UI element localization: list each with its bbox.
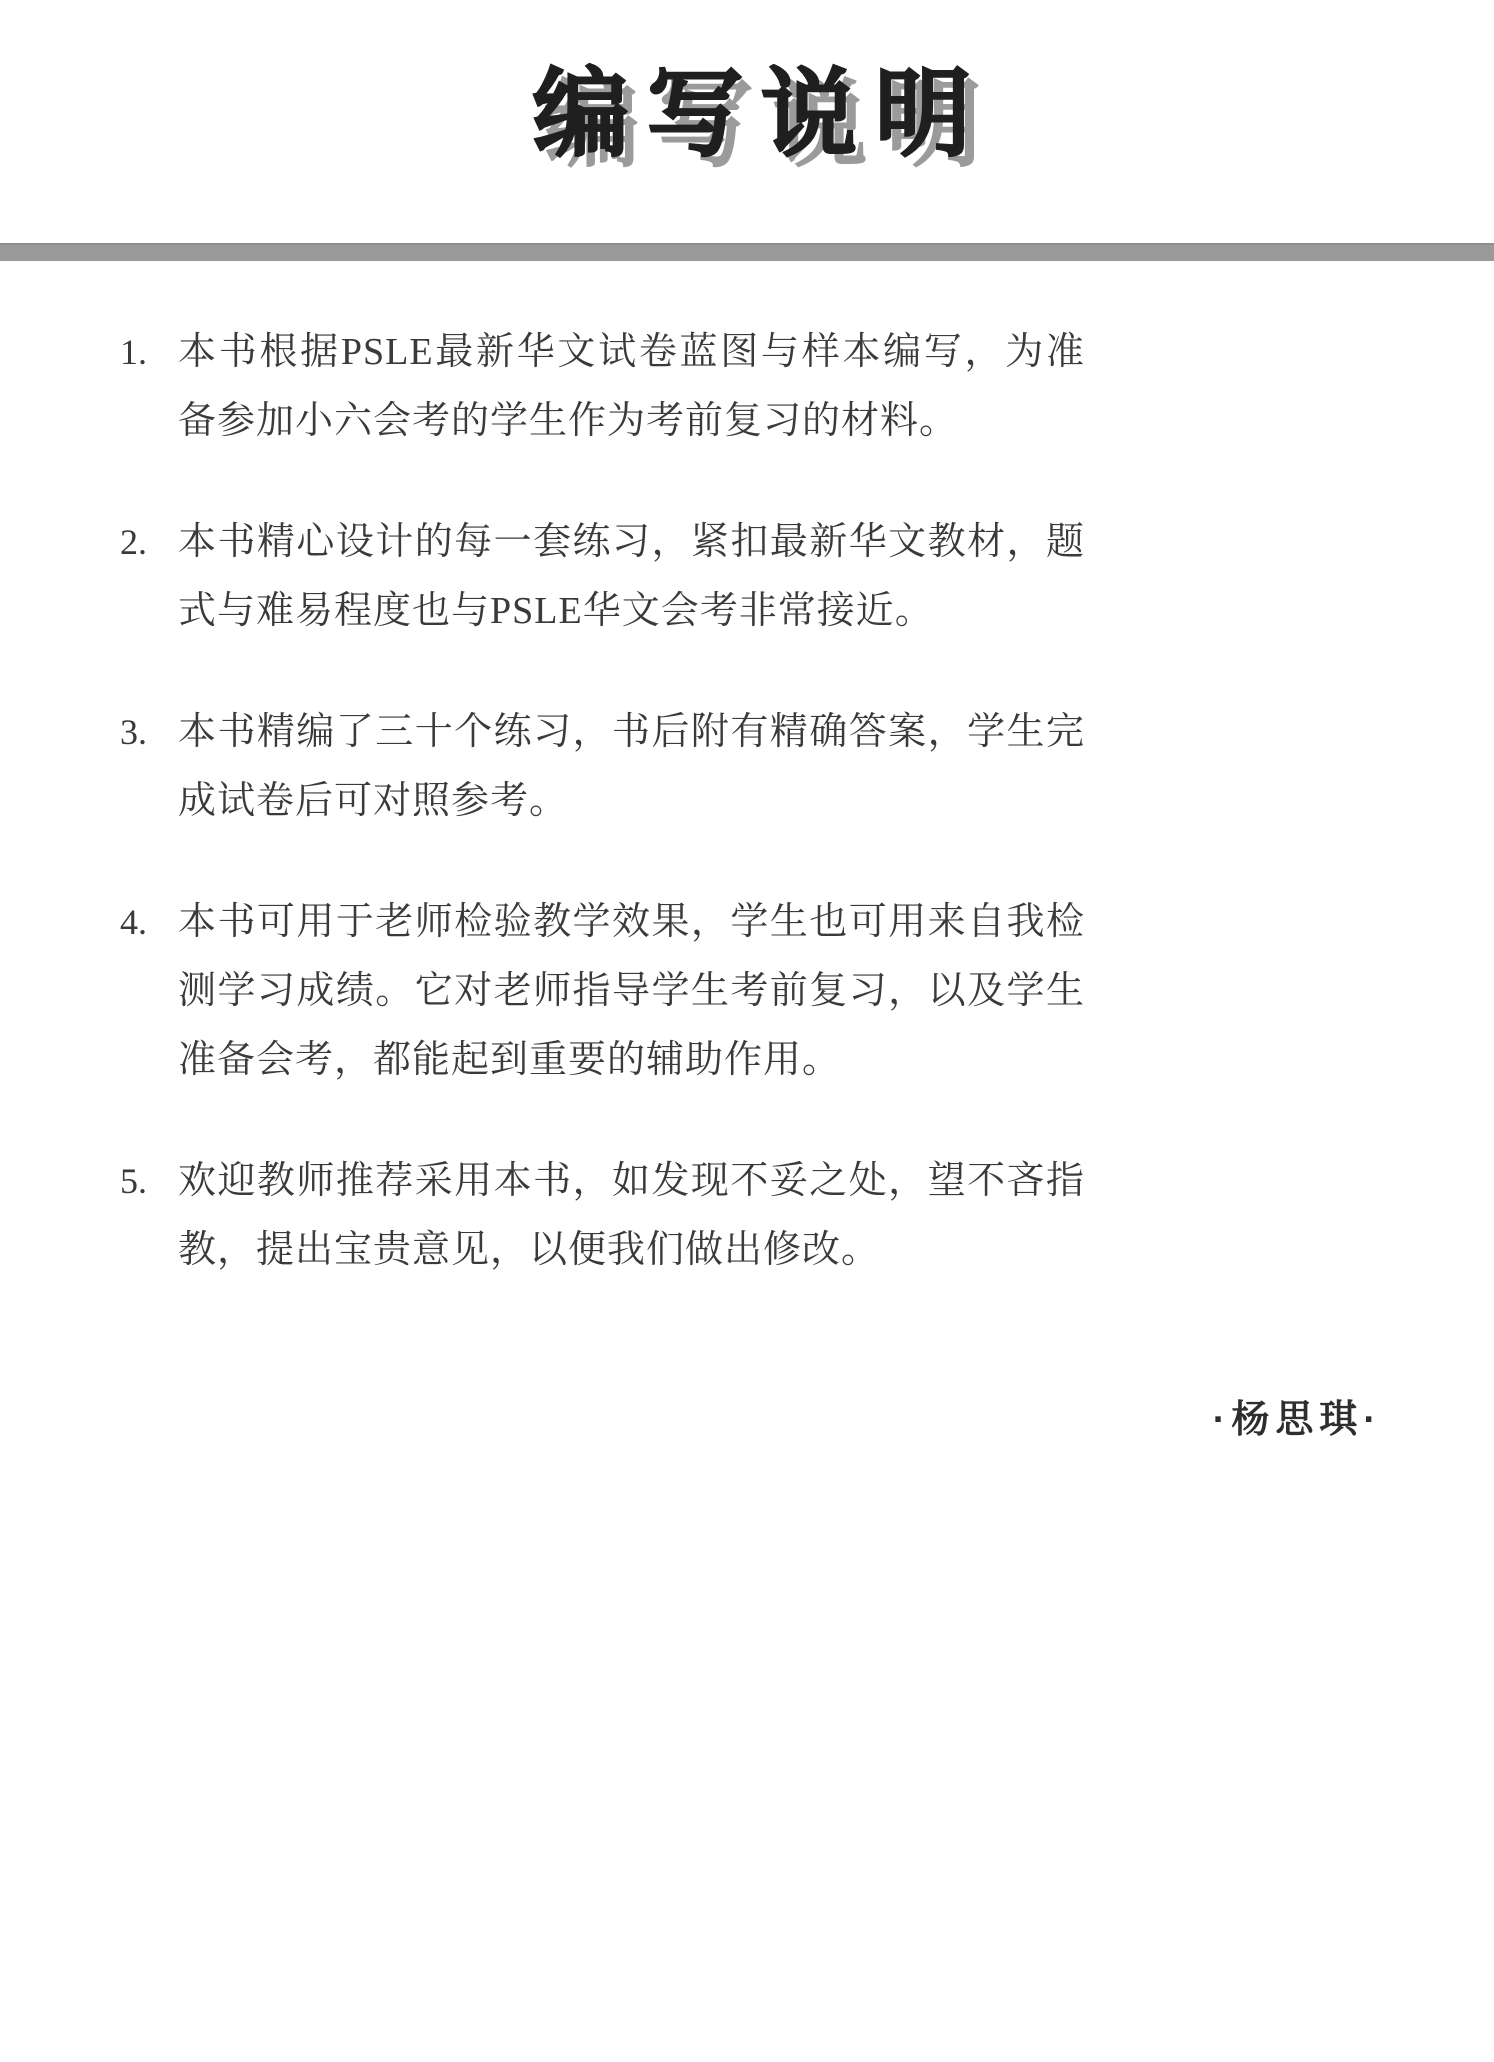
divider-bar: [0, 243, 1494, 261]
signature-row: ·杨思琪·: [1213, 1388, 1382, 1443]
title-block: 编写说明: [0, 0, 1494, 168]
list-item: 2. 本书精心设计的每一套练习，紧扣最新华文教材，题式与难易程度也与PSLE华文…: [120, 508, 1085, 646]
item-text: 本书可用于老师检验教学效果，学生也可用来自我检测学习成绩。它对老师指导学生考前复…: [178, 888, 1085, 1095]
item-number: 4.: [120, 888, 178, 1095]
document-page: 编写说明 1. 本书根据PSLE最新华文试卷蓝图与样本编写，为准备参加小六会考的…: [0, 0, 1494, 2062]
preface-list: 1. 本书根据PSLE最新华文试卷蓝图与样本编写，为准备参加小六会考的学生作为考…: [120, 318, 1085, 1337]
item-number: 2.: [120, 508, 178, 646]
list-item: 1. 本书根据PSLE最新华文试卷蓝图与样本编写，为准备参加小六会考的学生作为考…: [120, 318, 1085, 456]
list-item: 4. 本书可用于老师检验教学效果，学生也可用来自我检测学习成绩。它对老师指导学生…: [120, 888, 1085, 1095]
item-text: 本书精心设计的每一套练习，紧扣最新华文教材，题式与难易程度也与PSLE华文会考非…: [178, 508, 1085, 646]
item-text: 本书根据PSLE最新华文试卷蓝图与样本编写，为准备参加小六会考的学生作为考前复习…: [178, 318, 1085, 456]
list-item: 5. 欢迎教师推荐采用本书，如发现不妥之处，望不吝指教，提出宝贵意见，以便我们做…: [120, 1147, 1085, 1285]
item-number: 1.: [120, 318, 178, 456]
author-signature: ·杨思琪·: [1213, 1399, 1382, 1441]
item-text: 欢迎教师推荐采用本书，如发现不妥之处，望不吝指教，提出宝贵意见，以便我们做出修改…: [178, 1147, 1085, 1285]
page-title: 编写说明: [533, 62, 989, 168]
item-text: 本书精编了三十个练习，书后附有精确答案，学生完成试卷后可对照参考。: [178, 698, 1085, 836]
item-number: 5.: [120, 1147, 178, 1285]
item-number: 3.: [120, 698, 178, 836]
list-item: 3. 本书精编了三十个练习，书后附有精确答案，学生完成试卷后可对照参考。: [120, 698, 1085, 836]
